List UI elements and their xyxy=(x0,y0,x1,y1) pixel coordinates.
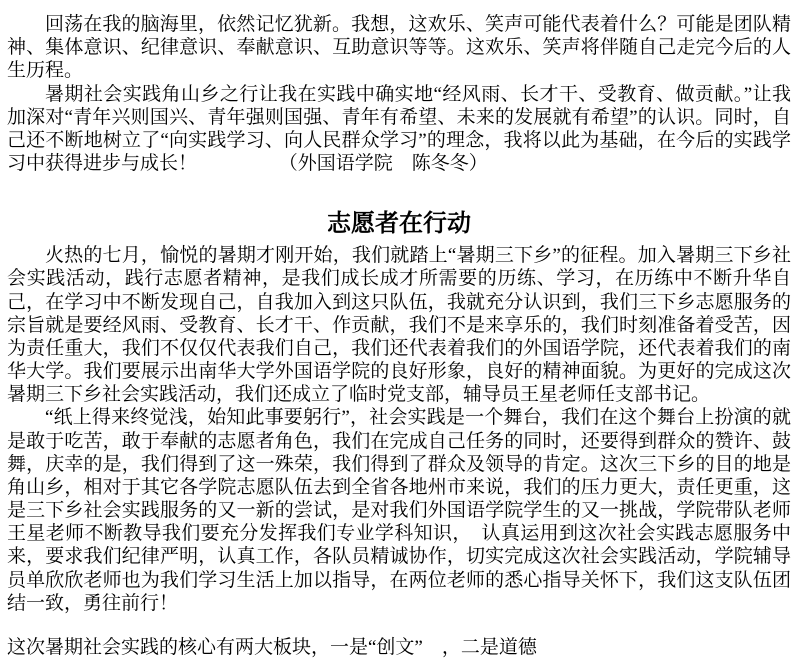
byline-author: （外国语学院 陈冬冬） xyxy=(279,152,488,175)
document-page: 回荡在我的脑海里，依然记忆犹新。我想，这欢乐、笑声可能代表着什么？可能是团队精神… xyxy=(0,0,799,659)
paragraph-volunteers-intro: 火热的七月，愉悦的暑期才刚开始，我们就踏上“暑期三下乡”的征程。加入暑期三下乡社… xyxy=(7,244,791,406)
paragraph-summer-practice: 暑期社会实践角山乡之行让我在实践中确实地“经风雨、长才干、受教育、做贡献。”让我… xyxy=(7,83,791,176)
paragraph-memories: 回荡在我的脑海里，依然记忆犹新。我想，这欢乐、笑声可能代表着什么？可能是团队精神… xyxy=(7,13,791,83)
closing-line: 这次暑期社会实践的核心有两大板块，一是“创文” ，二是道德 xyxy=(7,636,791,659)
section-title-volunteers-in-action: 志愿者在行动 xyxy=(7,209,791,239)
paragraph-volunteers-practice: “纸上得来终觉浅，始知此事要躬行”，社会实践是一个舞台，我们在这个舞台上扮演的就… xyxy=(7,406,791,615)
